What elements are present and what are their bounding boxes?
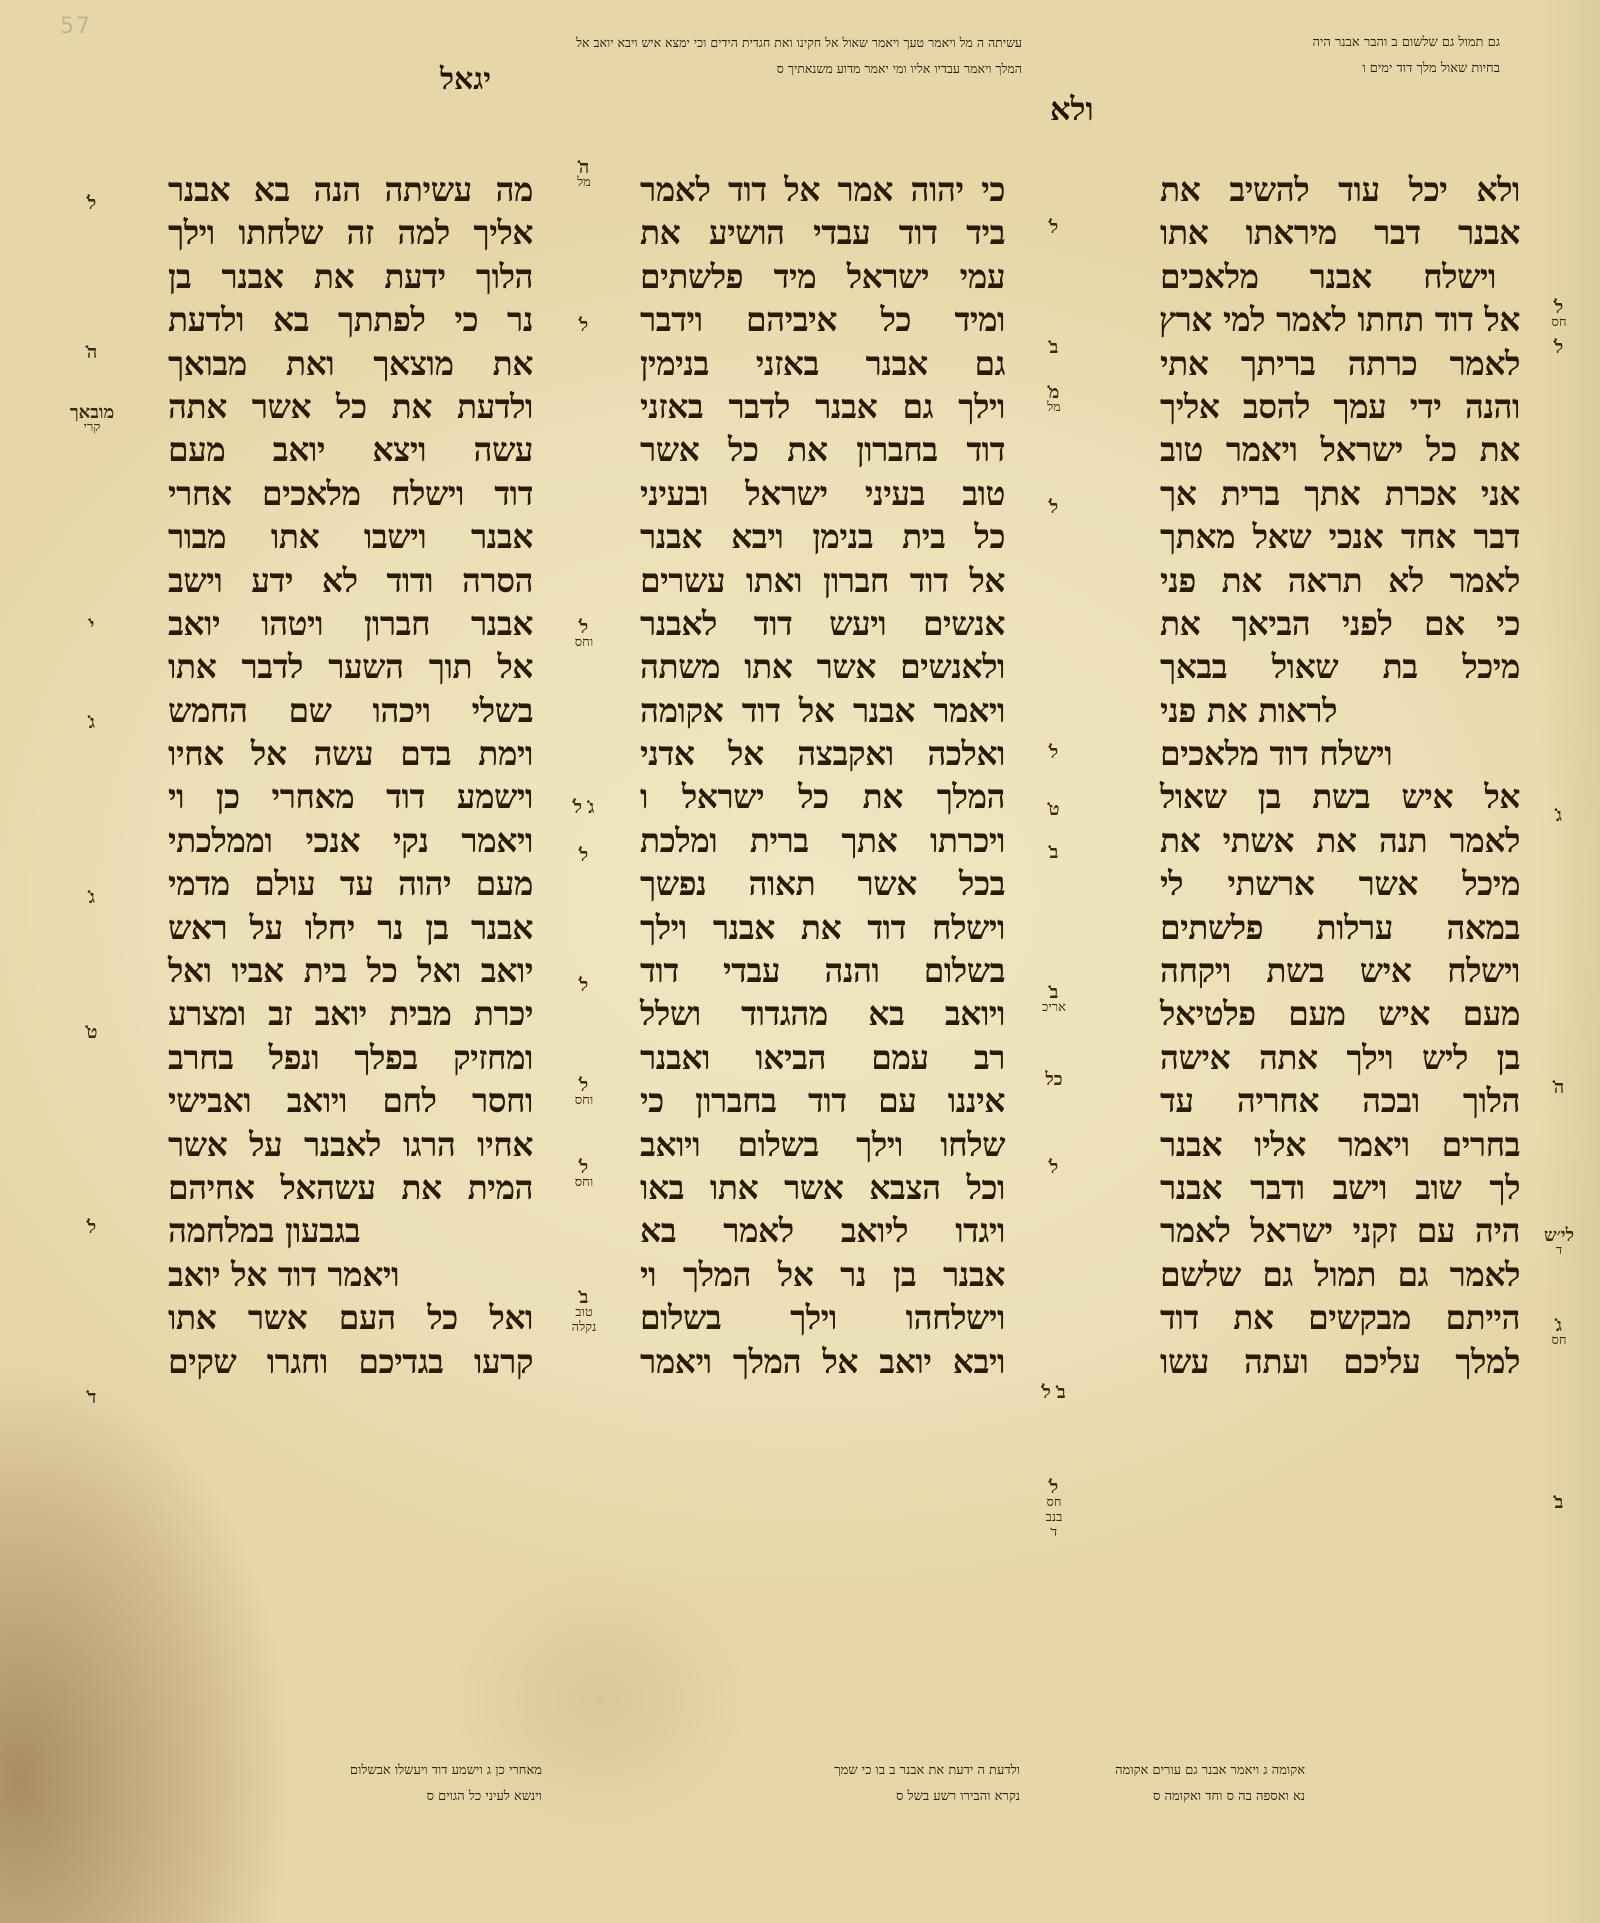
masora-note-text: ל̇ — [560, 1078, 608, 1093]
masora-line: וינשא לעיני כל הגוים ס — [350, 1784, 542, 1810]
text-line: נר כי לפתתך בא ולדעת — [168, 298, 533, 341]
gutter-shade — [1540, 0, 1600, 1923]
text-line: לאמר תנה את אשתי את — [1160, 819, 1520, 862]
text-line: וישלח אבנר מלאכים — [1160, 255, 1520, 298]
text-line: ביד דוד עבדי הושיע את — [640, 211, 1005, 254]
masora-parva-note: ל̇ — [1535, 340, 1583, 355]
text-line: המלך את כל ישראל ו — [640, 775, 1005, 818]
masora-note-text: ג̇ — [1535, 1318, 1583, 1333]
masora-note-text: ד̇ — [68, 1390, 116, 1405]
text-line: אבנר וישבו אתו מבור — [168, 515, 533, 558]
text-line: אבנר דבר מיראתו אתו — [1160, 211, 1520, 254]
masora-parva-note: ה̇ — [1535, 1080, 1583, 1095]
text-line: ויאמר נקי אנכי וממלכתי — [168, 819, 533, 862]
text-line: דבר אחד אנכי שאל מאתך — [1160, 515, 1520, 558]
text-line: ויגדו ליואב לאמר בא — [640, 1209, 1005, 1252]
masora-note-text: ג̇ — [68, 890, 116, 905]
masora-parva-note: ל̇ — [560, 978, 608, 993]
text-line: וילך גם אבנר לדבר באזני — [640, 385, 1005, 428]
text-line: ולאנשים אשר אתו משתה — [640, 645, 1005, 688]
masora-parva-note: ל̇ — [560, 318, 608, 333]
masora-note-text: ה̇ — [68, 345, 116, 360]
masora-note-text: י̇ — [68, 618, 116, 633]
masora-parva-note: ג̇ — [68, 715, 116, 730]
masora-magna-top-right: גם תמול גם שלשום ב והבר אבנר היה בחיות ש… — [1313, 30, 1500, 82]
masora-note-text: ל̇ — [1535, 340, 1583, 355]
masora-note-text: כל — [1030, 1072, 1078, 1087]
text-line: הייתם מבקשים את דוד — [1160, 1296, 1520, 1339]
text-line: אני אכרת אתך ברית אך — [1160, 472, 1520, 515]
text-line: מיכל אשר ארשתי לי — [1160, 862, 1520, 905]
masora-line: ולדעת ה ידעת את אבנר ב בו כי שמך — [834, 1758, 1020, 1784]
text-line: עמי ישראל מיד פלשתים — [640, 255, 1005, 298]
masora-line: עשיתה ה מל ויאמר טעך ויאמר שאול אל חקינו… — [576, 30, 1022, 56]
text-line: ויאמר דוד אל יואב — [168, 1253, 533, 1296]
masora-note-text: ד — [1535, 1243, 1583, 1258]
text-line: ואל כל העם אשר אתו — [168, 1296, 533, 1339]
text-line: הסרה ודוד לא ידע וישב — [168, 559, 533, 602]
masora-note-text: ל̇ — [1030, 1480, 1078, 1495]
masora-parva-note: ג̇ ל̇ — [560, 800, 608, 815]
text-line: למלך עליכם ועתה עשו — [1160, 1340, 1520, 1383]
masora-parva-note: ב̇ — [1535, 1495, 1583, 1510]
masora-parva-note: ל̇וחס — [560, 620, 608, 650]
text-line: דוד בחברון את כל אשר — [640, 428, 1005, 471]
text-line: במאה ערלות פלשתים — [1160, 906, 1520, 949]
text-column-middle: כי יהוה אמר אל דוד לאמרביד דוד עבדי הושי… — [640, 168, 1005, 1383]
masora-note-text: מובאך — [68, 405, 116, 420]
masora-parva-note: ל̇ — [1030, 500, 1078, 515]
text-line: מעם איש מעם פלטיאל — [1160, 992, 1520, 1035]
folio-number: 57 — [60, 14, 92, 39]
text-line: ולדעת את כל אשר אתה — [168, 385, 533, 428]
text-line: לאמר גם תמול גם שלשם — [1160, 1253, 1520, 1296]
text-line: וישמע דוד מאחרי כן וי — [168, 775, 533, 818]
masora-parva-note: ל̇וחס — [560, 1078, 608, 1108]
masora-note-text: ל̇ — [560, 318, 608, 333]
masora-note-text: ב̇ ל̇ — [1030, 1385, 1078, 1400]
masora-note-text: ט̇ — [68, 1025, 116, 1040]
text-line: אל איש בשת בן שאול — [1160, 775, 1520, 818]
masora-parva-note: י̇ — [68, 618, 116, 633]
text-line: ומחזיק בפלך ונפל בחרב — [168, 1036, 533, 1079]
masora-note-text: ל̇ — [1030, 745, 1078, 760]
masora-parva-note: ה̇ — [68, 345, 116, 360]
masora-parva-note: ג̇ — [1535, 808, 1583, 823]
text-line: יכרת מבית יואב זב ומצרע — [168, 992, 533, 1035]
masora-note-text: ל̇ — [560, 848, 608, 863]
masora-note-text: ל̇ — [1030, 1160, 1078, 1175]
masora-note-text: וחס — [560, 1093, 608, 1108]
masora-magna-bottom-left: מאחרי כן ג וישמע דוד ויעשלו אבשלום וינשא… — [350, 1758, 542, 1810]
masora-parva-note: ב̇ ל̇ — [1030, 1385, 1078, 1400]
masora-note-text: חס — [1535, 1333, 1583, 1348]
text-line: קרעו בגדיכם וחגרו שקים — [168, 1340, 533, 1383]
masora-note-text: וחס — [560, 635, 608, 650]
text-line: יואב ואל כל בית אביו ואל — [168, 949, 533, 992]
masora-note-text: ט̇ — [1030, 802, 1078, 817]
masora-note-text: ד̇ — [1030, 1525, 1078, 1540]
masora-line: גם תמול גם שלשום ב והבר אבנר היה — [1313, 30, 1500, 56]
text-line: לך שוב וישב ודבר אבנר — [1160, 1166, 1520, 1209]
text-line: בשלום והנה עבדי דוד — [640, 949, 1005, 992]
masora-parva-note: ה̇מל — [560, 160, 608, 190]
masora-note-text: ל̇ — [560, 620, 608, 635]
masora-parva-note: ב̇טובנקלה — [560, 1290, 608, 1335]
masora-parva-note: ל̇ — [1030, 1160, 1078, 1175]
text-line: לאמר כרתה בריתך אתי — [1160, 342, 1520, 385]
masora-parva-note: ל̇חס — [1535, 300, 1583, 330]
text-line: ויכרתו אתך ברית ומלכת — [640, 819, 1005, 862]
masora-parva-note: ג̇ — [68, 890, 116, 905]
masora-magna-bottom-middle: ולדעת ה ידעת את אבנר ב בו כי שמך נקרא וה… — [834, 1758, 1020, 1810]
masora-line: נקרא והבירו רשע בשל ס — [834, 1784, 1020, 1810]
masora-parva-note: ד̇ — [68, 1390, 116, 1405]
masora-note-text: חס — [1030, 1495, 1078, 1510]
masora-note-text: ב̇ — [1535, 1495, 1583, 1510]
text-line: אבנר חברון ויטהו יואב — [168, 602, 533, 645]
masora-note-text: ב̇ — [560, 1290, 608, 1305]
text-line: וימת בדם עשה אל אחיו — [168, 732, 533, 775]
masora-note-text: ג̇ — [1535, 808, 1583, 823]
text-line: ולא יכל עוד להשיב את — [1160, 168, 1520, 211]
masora-note-text: בנב — [1030, 1510, 1078, 1525]
masora-note-text: אריכ — [1030, 1000, 1078, 1015]
masora-parva-note: ל̇ — [68, 196, 116, 211]
text-line: אל תוך השער לדבר אתו — [168, 645, 533, 688]
masora-parva-note: ט̇ — [1030, 802, 1078, 817]
text-line: וישלח דוד מלאכים — [1160, 732, 1520, 775]
masora-note-text: טוב — [560, 1305, 608, 1320]
text-line: שלחו וילך בשלום ויואב — [640, 1123, 1005, 1166]
masora-parva-note: ל̇וחס — [560, 1160, 608, 1190]
text-line: אבנר בן נר יחלו על ראש — [168, 906, 533, 949]
text-line: הלוך ובכה אחריה עד — [1160, 1079, 1520, 1122]
text-line: ויאמר אבנר אל דוד אקומה — [640, 689, 1005, 732]
masora-magna-top-left: עשיתה ה מל ויאמר טעך ויאמר שאול אל חקינו… — [576, 30, 1022, 82]
text-line: אבנר בן נר אל המלך וי — [640, 1253, 1005, 1296]
masora-note-text: מ̇ — [1030, 385, 1078, 400]
text-line: מה עשיתה הנה בא אבנר — [168, 168, 533, 211]
text-line: אחיו הרגו לאבנר על אשר — [168, 1123, 533, 1166]
text-line: לראות את פני — [1160, 689, 1520, 732]
masora-note-text: ל̇ — [68, 1220, 116, 1235]
text-line: המית את עשהאל אחיהם — [168, 1166, 533, 1209]
running-word-left: יגאל — [440, 62, 491, 97]
text-line: כי אם לפני הביאך את — [1160, 602, 1520, 645]
masora-line: המלך ויאמר עבדיו אליו ומי יאמר מדוע משנא… — [576, 56, 1022, 82]
masora-parva-note: ב̇אריכ — [1030, 985, 1078, 1015]
masora-note-text: ל̇ — [560, 978, 608, 993]
text-line: מיכל בת שאול בבאך — [1160, 645, 1520, 688]
masora-note-text: מל — [560, 175, 608, 190]
text-line: כל בית בנימן ויבא אבנר — [640, 515, 1005, 558]
masora-line: אקומה ג ויאמר אבנר גם עורים אקומה — [1115, 1758, 1305, 1784]
text-line: בן ליש וילך אתה אישה — [1160, 1036, 1520, 1079]
masora-note-text: ל̇ — [1030, 220, 1078, 235]
text-line: וכל הצבא אשר אתו באו — [640, 1166, 1005, 1209]
masora-parva-note: ל̇ — [1030, 745, 1078, 760]
masora-parva-note: ב̇ — [1030, 340, 1078, 355]
text-line: הלוך ידעת את אבנר בן — [168, 255, 533, 298]
masora-parva-note: ט̇ — [68, 1025, 116, 1040]
running-word-right: ולא — [1050, 90, 1094, 128]
text-line: בכל אשר תאוה נפשך — [640, 862, 1005, 905]
masora-note-text: ל̇ — [560, 1160, 608, 1175]
masora-magna-bottom-right: אקומה ג ויאמר אבנר גם עורים אקומה נא ואס… — [1115, 1758, 1305, 1810]
masora-parva-note: ל̇חסבנבד̇ — [1030, 1480, 1078, 1540]
text-line: את מוצאך ואת מבואך — [168, 342, 533, 385]
text-line: אל דוד תחתו לאמר למי ארץ — [1160, 298, 1520, 341]
masora-line: נא ואספה בה ס וחד ואקומה ס — [1115, 1784, 1305, 1810]
text-line: מעם יהוה עד עולם מדמי — [168, 862, 533, 905]
text-line: וישלח דוד את אבנר וילך — [640, 906, 1005, 949]
masora-note-text: ל̇ — [1535, 300, 1583, 315]
masora-parva-note: מ̇מל — [1030, 385, 1078, 415]
text-line: גם אבנר באזני בנימין — [640, 342, 1005, 385]
text-line: איננו עם דוד בחברון כי — [640, 1079, 1005, 1122]
masora-parva-note: כל — [1030, 1072, 1078, 1087]
masora-parva-note: ל̇ — [560, 848, 608, 863]
masora-note-text: לי׳ש — [1535, 1228, 1583, 1243]
masora-parva-note: ג̇חס — [1535, 1318, 1583, 1348]
text-line: בגבעון במלחמה — [168, 1209, 533, 1252]
masora-note-text: מל — [1030, 400, 1078, 415]
text-line: והנה ידי עמך להסב אליך — [1160, 385, 1520, 428]
masora-parva-note: ל̇ — [1030, 220, 1078, 235]
text-line: וישלח איש בשת ויקחה — [1160, 949, 1520, 992]
text-line: ומיד כל איביהם וידבר — [640, 298, 1005, 341]
text-line: וחסר לחם ויואב ואבישי — [168, 1079, 533, 1122]
masora-note-text: ב̇ — [1030, 985, 1078, 1000]
text-line: אליך למה זה שלחתו וילך — [168, 211, 533, 254]
masora-note-text: ג̇ ל̇ — [560, 800, 608, 815]
masora-note-text: ה̇ — [560, 160, 608, 175]
masora-note-text: ג̇ — [68, 715, 116, 730]
text-line: אנשים ויעש דוד לאבנר — [640, 602, 1005, 645]
text-column-left: מה עשיתה הנה בא אבנראליך למה זה שלחתו וי… — [168, 168, 533, 1383]
masora-note-text: ב̇ — [1030, 340, 1078, 355]
text-column-right: ולא יכל עוד להשיב אתאבנר דבר מיראתו אתוו… — [1160, 168, 1520, 1383]
text-line: ואלכה ואקבצה אל אדני — [640, 732, 1005, 775]
masora-note-text: ב̇ — [1030, 845, 1078, 860]
text-line: היה עם זקני ישראל לאמר — [1160, 1209, 1520, 1252]
text-line: בשלי ויכהו שם החמש — [168, 689, 533, 732]
masora-parva-note: מובאךקרי — [68, 405, 116, 435]
masora-note-text: ל̇ — [1030, 500, 1078, 515]
text-line: רב עמם הביאו ואבנר — [640, 1036, 1005, 1079]
masora-parva-note: לי׳שד — [1535, 1228, 1583, 1258]
text-line: בחרים ויאמר אליו אבנר — [1160, 1123, 1520, 1166]
text-line: כי יהוה אמר אל דוד לאמר — [640, 168, 1005, 211]
masora-note-text: נקלה — [560, 1320, 608, 1335]
text-line: דוד וישלח מלאכים אחרי — [168, 472, 533, 515]
masora-parva-note: ל̇ — [68, 1220, 116, 1235]
text-line: אל דוד חברון ואתו עשרים — [640, 559, 1005, 602]
masora-line: מאחרי כן ג וישמע דוד ויעשלו אבשלום — [350, 1758, 542, 1784]
masora-parva-note: ב̇ — [1030, 845, 1078, 860]
text-line: את כל ישראל ויאמר טוב — [1160, 428, 1520, 471]
text-line: לאמר לא תראה את פני — [1160, 559, 1520, 602]
text-line: וישלחהו וילך בשלום — [640, 1296, 1005, 1339]
text-line: עשה ויצא יואב מעם — [168, 428, 533, 471]
masora-line: בחיות שאול מלך דוד ימים ו — [1313, 56, 1500, 82]
masora-note-text: ה̇ — [1535, 1080, 1583, 1095]
masora-note-text: ל̇ — [68, 196, 116, 211]
masora-note-text: חס — [1535, 315, 1583, 330]
text-line: ויואב בא מהגדוד ושלל — [640, 992, 1005, 1035]
text-line: ויבא יואב אל המלך ויאמר — [640, 1340, 1005, 1383]
text-line: טוב בעיני ישראל ובעיני — [640, 472, 1005, 515]
masora-note-text: וחס — [560, 1175, 608, 1190]
